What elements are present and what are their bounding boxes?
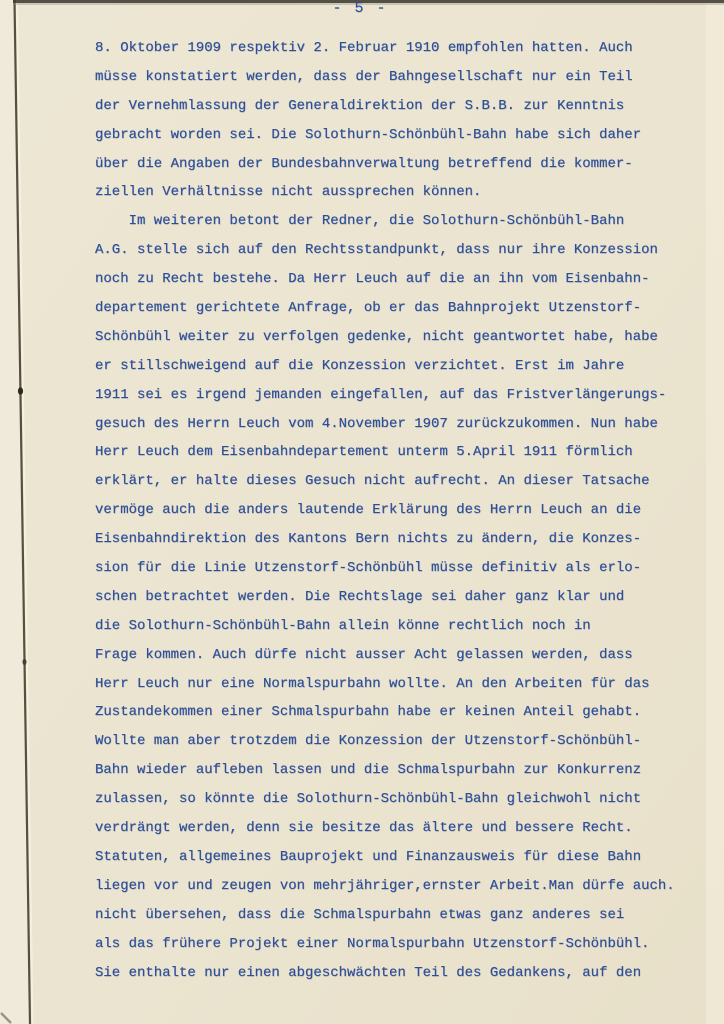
text-line-22: Frage kommen. Auch dürfe nicht ausser Ac… (95, 641, 695, 670)
text-line-18: Eisenbahndirektion des Kantons Bern nich… (95, 525, 695, 554)
text-line-27: zulassen, so könnte die Solothurn-Schönb… (95, 785, 695, 814)
text-line-21: die Solothurn-Schönbühl-Bahn allein könn… (95, 612, 695, 641)
text-line-5: über die Angaben der Bundesbahnverwaltun… (95, 150, 695, 179)
text-line-23: Herr Leuch nur eine Normalspurbahn wollt… (95, 670, 695, 699)
page-number: - 5 - (300, 1, 420, 17)
text-line-10: departement gerichtete Anfrage, ob er da… (95, 294, 695, 323)
text-line-17: vermöge auch die anders lautende Erkläru… (95, 496, 695, 525)
right-edge-highlight (706, 3, 724, 1024)
text-line-32: als das frühere Projekt einer Normalspur… (95, 930, 695, 959)
text-line-26: Bahn wieder aufleben lassen und die Schm… (95, 756, 695, 785)
text-line-15: Herr Leuch dem Eisenbahndepartement unte… (95, 438, 695, 467)
binding-hole (18, 387, 23, 395)
binding-hole (23, 659, 27, 665)
text-line-7: Im weiteren betont der Redner, die Solot… (95, 207, 695, 236)
text-line-28: verdrängt werden, denn sie besitze das ä… (95, 814, 695, 843)
text-line-14: gesuch des Herrn Leuch vom 4.November 19… (95, 410, 695, 439)
text-line-6: ziellen Verhältnisse nicht aussprechen k… (95, 178, 695, 207)
text-line-11: Schönbühl weiter zu verfolgen gedenke, n… (95, 323, 695, 352)
corner-mark (1, 1013, 11, 1023)
text-line-9: noch zu Recht bestehe. Da Herr Leuch auf… (95, 265, 695, 294)
text-line-16: erklärt, er halte dieses Gesuch nicht au… (95, 467, 695, 496)
text-line-33: Sie enthalte nur einen abgeschwächten Te… (95, 959, 695, 988)
text-line-2: müsse konstatiert werden, dass der Bahng… (95, 63, 695, 92)
scanned-page: - 5 - 8. Oktober 1909 respektiv 2. Febru… (0, 0, 724, 1024)
text-line-12: er stillschweigend auf die Konzession ve… (95, 352, 695, 381)
text-line-29: Statuten, allgemeines Bauprojekt und Fin… (95, 843, 695, 872)
text-line-20: schen betrachtet werden. Die Rechtslage … (95, 583, 695, 612)
text-line-25: Wollte man aber trotzdem die Konzession … (95, 727, 695, 756)
text-line-31: nicht übersehen, dass die Schmalspurbahn… (95, 901, 695, 930)
text-line-3: der Vernehmlassung der Generaldirektion … (95, 92, 695, 121)
text-line-24: Zustandekommen einer Schmalspurbahn habe… (95, 698, 695, 727)
text-line-8: A.G. stelle sich auf den Rechtsstandpunk… (95, 236, 695, 265)
text-line-4: gebracht worden sei. Die Solothurn-Schön… (95, 121, 695, 150)
text-line-19: sion für die Linie Utzenstorf-Schönbühl … (95, 554, 695, 583)
text-line-30: liegen vor und zeugen von mehrjähriger,e… (95, 872, 695, 901)
typewritten-text-block: 8. Oktober 1909 respektiv 2. Februar 191… (95, 34, 695, 987)
text-line-13: 1911 sei es irgend jemanden eingefallen,… (95, 381, 695, 410)
text-line-1: 8. Oktober 1909 respektiv 2. Februar 191… (95, 34, 695, 63)
